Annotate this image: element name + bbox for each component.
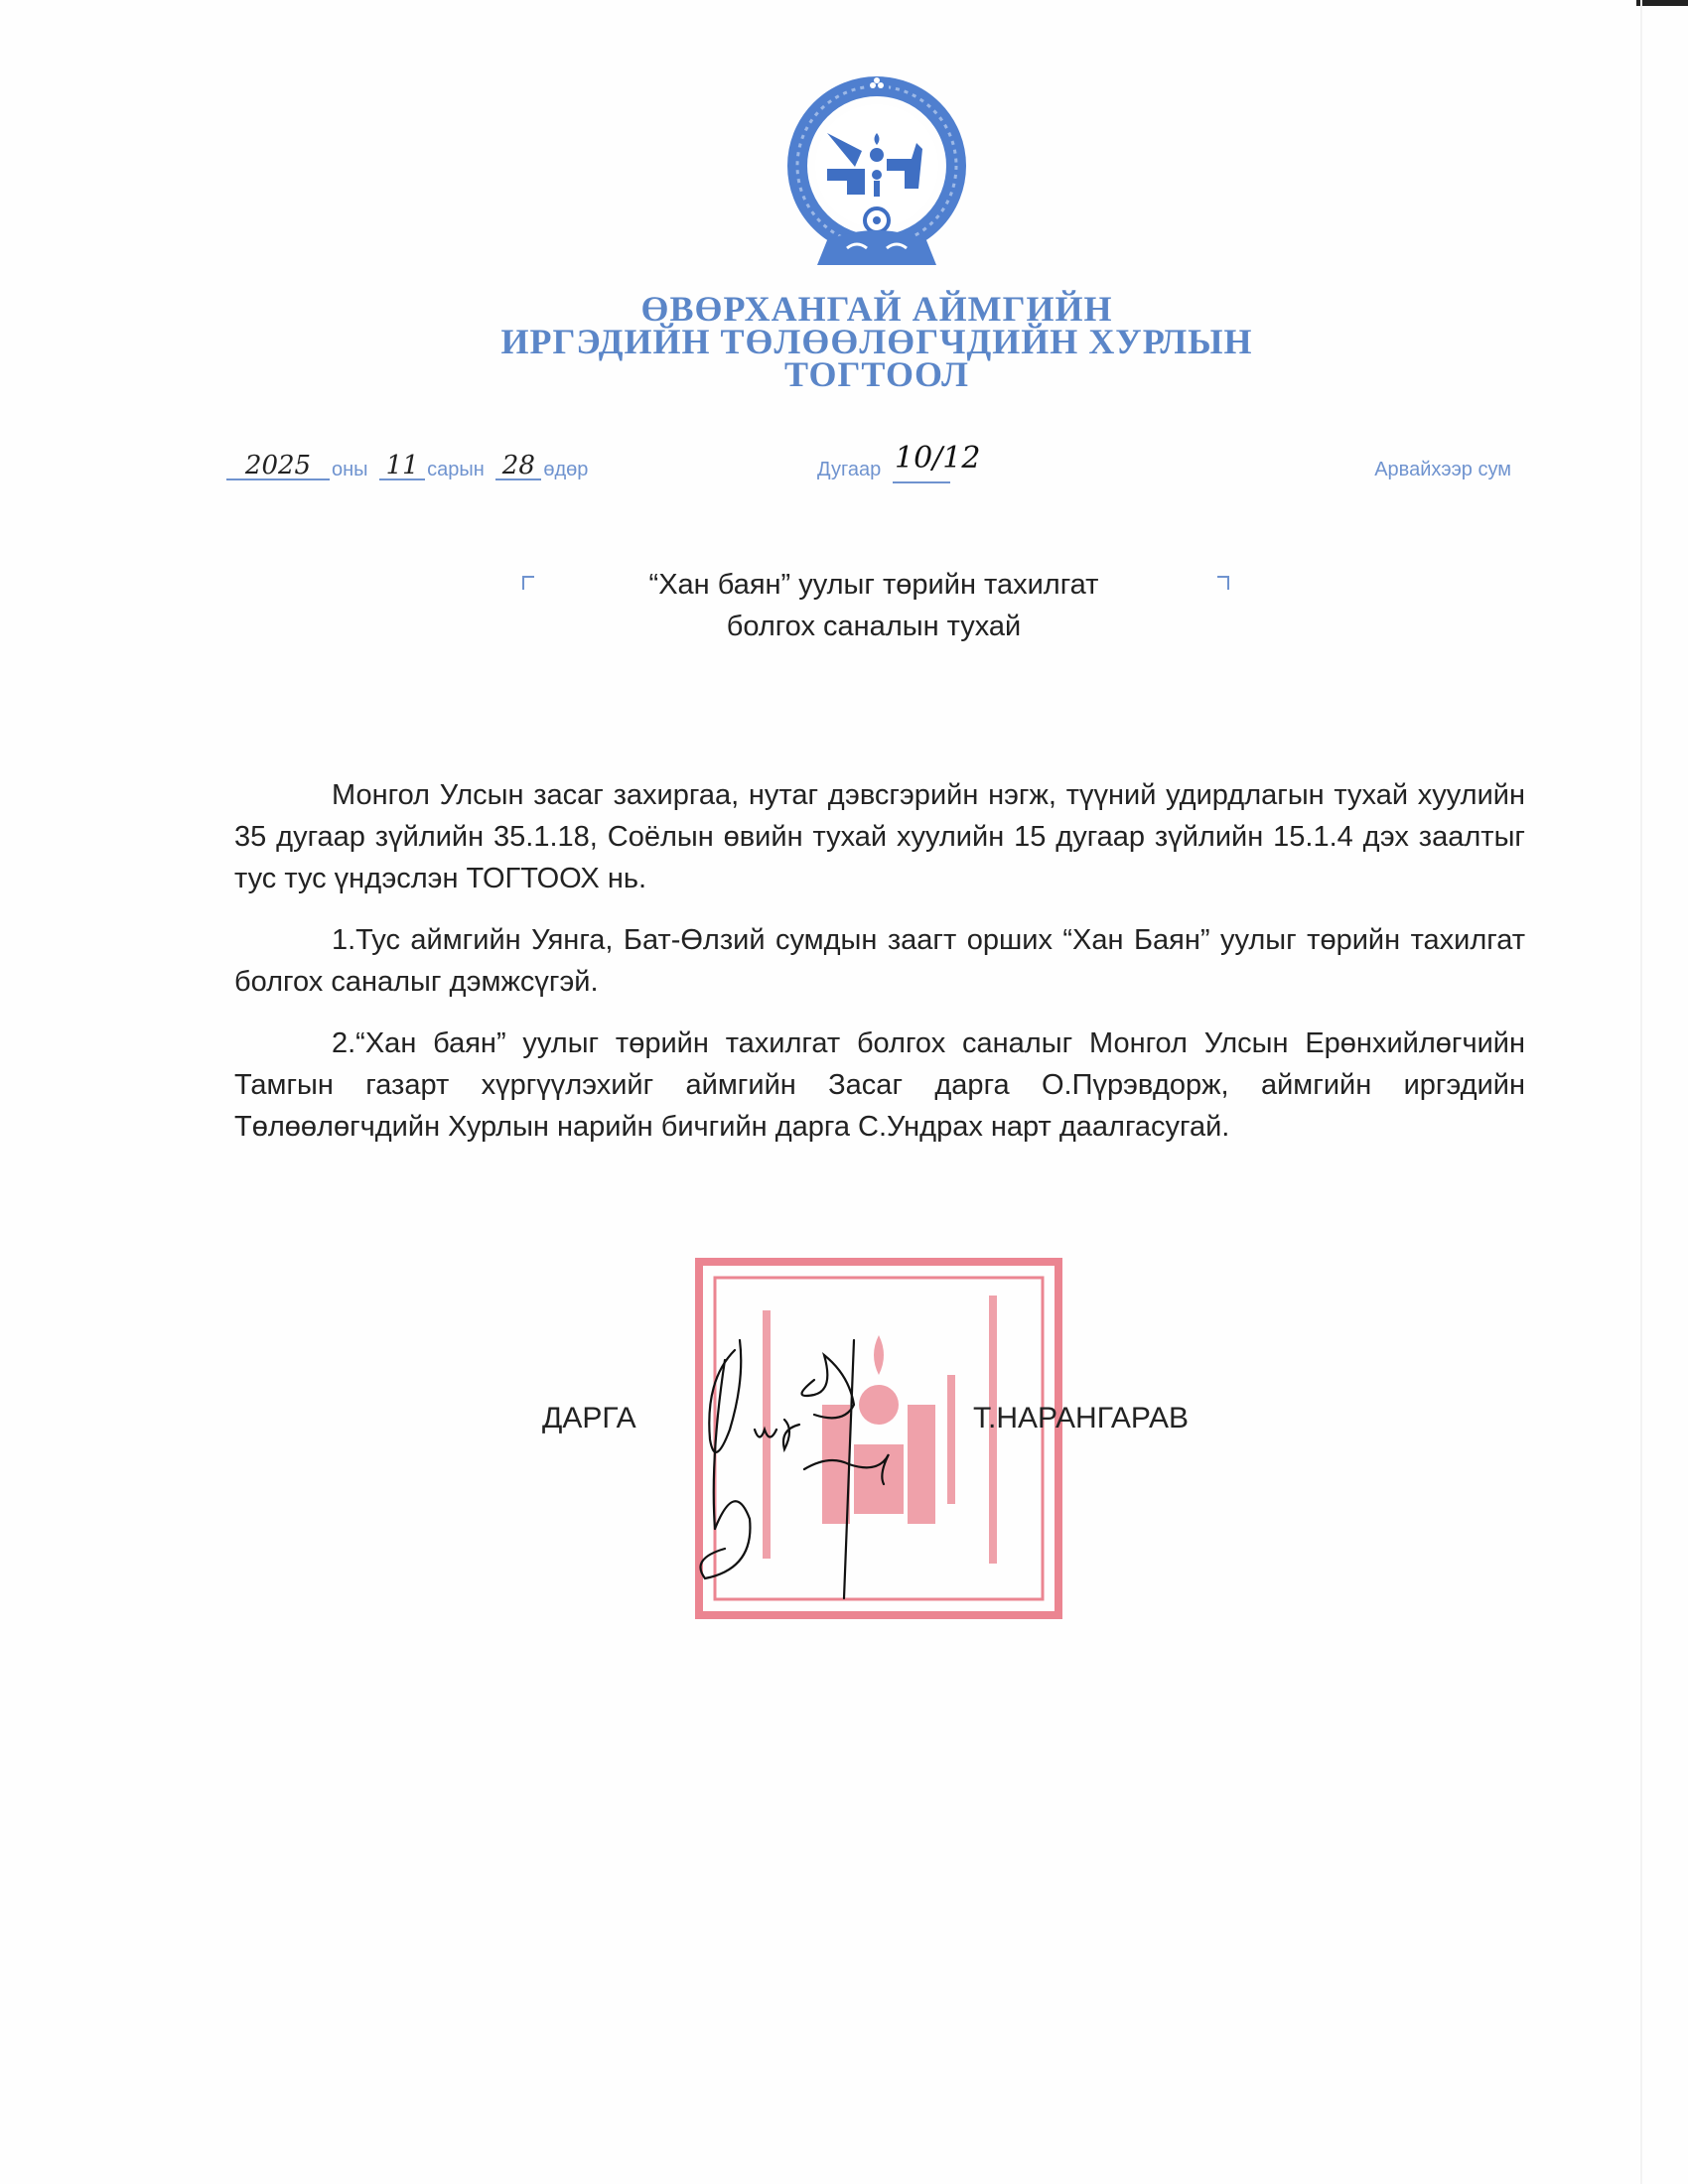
date-day: 28 bbox=[495, 453, 541, 480]
org-header: ӨВӨРХАНГАЙ АЙМГИЙН ИРГЭДИЙН ТӨЛӨӨЛӨГЧДИЙ… bbox=[0, 293, 1688, 391]
date-year: 2025 bbox=[226, 453, 330, 480]
resolution-number: 10/12 bbox=[895, 441, 980, 476]
signatory-name: Т.НАРАНГАРАВ bbox=[973, 1402, 1189, 1435]
subject-line-2: болгох саналын тухай bbox=[516, 606, 1231, 647]
org-line-3: ТОГТООЛ bbox=[0, 358, 1688, 391]
body-paragraph-preamble: Монгол Улсын засаг захиргаа, нутаг дэвсг… bbox=[234, 774, 1525, 899]
mongolia-state-emblem-icon bbox=[777, 71, 976, 270]
scan-edge-mark bbox=[1636, 0, 1688, 6]
signatory-title: ДАРГА bbox=[542, 1402, 636, 1435]
handwritten-signature-icon bbox=[695, 1320, 953, 1618]
body-paragraph-2: 2.“Хан баян” уулыг төрийн тахилгат болго… bbox=[234, 1023, 1525, 1148]
place-label: Арвайхээр сум bbox=[1374, 459, 1511, 481]
body-paragraph-1: 1.Тус аймгийн Уянга, Бат-Өлзий сумдын за… bbox=[234, 919, 1525, 1003]
subject-line-1: “Хан баян” уулыг төрийн тахилгат bbox=[516, 564, 1231, 606]
date-month: 11 bbox=[379, 453, 425, 480]
year-label: оны bbox=[332, 459, 368, 480]
number-field: Дугаар 10/12 bbox=[817, 455, 881, 478]
number-underline bbox=[893, 481, 950, 483]
resolution-subject: “Хан баян” уулыг төрийн тахилгат болгох … bbox=[516, 564, 1231, 647]
resolution-meta: 2025оны 11сарын 28өдөр Дугаар 10/12 Арва… bbox=[0, 455, 1688, 494]
number-label: Дугаар bbox=[817, 459, 881, 480]
date-field: 2025оны 11сарын 28өдөр bbox=[226, 455, 594, 482]
resolution-body: Монгол Улсын засаг захиргаа, нутаг дэвсг… bbox=[234, 774, 1525, 1167]
month-label: сарын bbox=[427, 459, 485, 480]
day-label: өдөр bbox=[543, 459, 588, 480]
